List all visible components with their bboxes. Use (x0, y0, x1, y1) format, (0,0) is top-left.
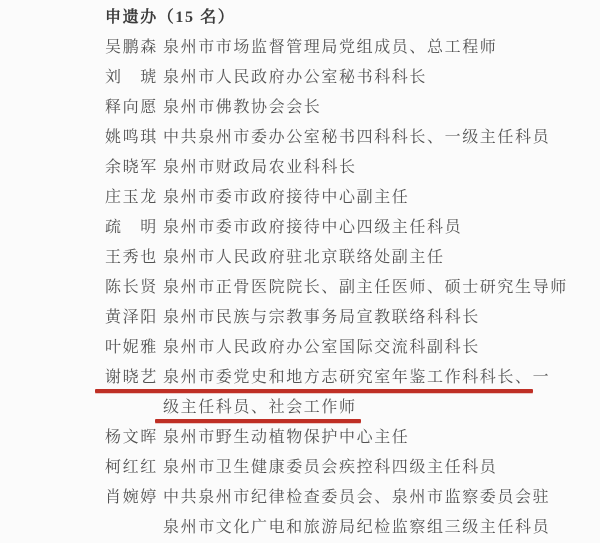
position-line: 泉州市民族与宗教事务局宣教联络科科长 (163, 303, 480, 333)
list-item: 肖婉婷中共泉州市纪律检查委员会、泉州市监察委员会驻泉州市文化广电和旅游局纪检监察… (105, 483, 560, 543)
person-position: 泉州市委党史和地方志研究室年鉴工作科科长、一级主任科员、社会工作师 (163, 363, 550, 423)
position-line: 泉州市委市政府接待中心副主任 (163, 183, 409, 213)
person-position: 泉州市人民政府办公室国际交流科副科长 (163, 333, 480, 363)
position-line: 泉州市委市政府接待中心四级主任科员 (163, 213, 462, 243)
section-title: 申遗办（15 名） (105, 3, 560, 33)
person-name: 肖婉婷 (105, 483, 161, 513)
person-name: 黄泽阳 (105, 303, 161, 333)
person-position: 中共泉州市纪律检查委员会、泉州市监察委员会驻泉州市文化广电和旅游局纪检监察组三级… (163, 483, 550, 543)
list-item: 柯红红泉州市卫生健康委员会疾控科四级主任科员 (105, 453, 560, 483)
person-name: 叶妮雅 (105, 333, 161, 363)
position-line: 泉州市正骨医院院长、副主任医师、硕士研究生导师 (163, 273, 568, 303)
list-item: 释向愿泉州市佛教协会会长 (105, 93, 560, 123)
person-position: 泉州市市场监督管理局党组成员、总工程师 (163, 33, 497, 63)
person-name: 吴鹏森 (105, 33, 161, 63)
person-position: 泉州市佛教协会会长 (163, 93, 321, 123)
person-position: 泉州市野生动植物保护中心主任 (163, 423, 409, 453)
list-item: 吴鹏森泉州市市场监督管理局党组成员、总工程师 (105, 33, 560, 63)
position-line: 泉州市文化广电和旅游局纪检监察组三级主任科员 (163, 513, 550, 543)
list-item: 王秀也泉州市人民政府驻北京联络处副主任 (105, 243, 560, 273)
highlight-underline (95, 389, 533, 393)
position-line: 泉州市野生动植物保护中心主任 (163, 423, 409, 453)
person-position: 中共泉州市委办公室秘书四科科长、一级主任科员 (163, 123, 550, 153)
position-line: 泉州市人民政府驻北京联络处副主任 (163, 243, 445, 273)
position-line: 泉州市财政局农业科科长 (163, 153, 357, 183)
list-item: 陈长贤泉州市正骨医院院长、副主任医师、硕士研究生导师 (105, 273, 560, 303)
list-item: 疏 明泉州市委市政府接待中心四级主任科员 (105, 213, 560, 243)
person-name: 柯红红 (105, 453, 161, 483)
person-name: 余晓军 (105, 153, 161, 183)
list-item: 杨文晖泉州市野生动植物保护中心主任 (105, 423, 560, 453)
person-position: 泉州市人民政府办公室秘书科科长 (163, 63, 427, 93)
list-item: 余晓军泉州市财政局农业科科长 (105, 153, 560, 183)
list-item: 姚鸣琪中共泉州市委办公室秘书四科科长、一级主任科员 (105, 123, 560, 153)
position-line: 泉州市人民政府办公室国际交流科副科长 (163, 333, 480, 363)
document-page: 申遗办（15 名） 吴鹏森泉州市市场监督管理局党组成员、总工程师刘 琥泉州市人民… (0, 0, 600, 543)
person-name: 刘 琥 (105, 63, 161, 93)
list-item: 庄玉龙泉州市委市政府接待中心副主任 (105, 183, 560, 213)
position-line: 中共泉州市纪律检查委员会、泉州市监察委员会驻 (163, 483, 550, 513)
list-item: 谢晓艺泉州市委党史和地方志研究室年鉴工作科科长、一级主任科员、社会工作师 (105, 363, 560, 423)
person-name: 陈长贤 (105, 273, 161, 303)
person-position: 泉州市委市政府接待中心副主任 (163, 183, 409, 213)
person-name: 疏 明 (105, 213, 161, 243)
person-name: 姚鸣琪 (105, 123, 161, 153)
person-name: 王秀也 (105, 243, 161, 273)
person-position: 泉州市人民政府驻北京联络处副主任 (163, 243, 445, 273)
position-line: 中共泉州市委办公室秘书四科科长、一级主任科员 (163, 123, 550, 153)
position-line: 泉州市卫生健康委员会疾控科四级主任科员 (163, 453, 497, 483)
list-item: 刘 琥泉州市人民政府办公室秘书科科长 (105, 63, 560, 93)
person-name: 庄玉龙 (105, 183, 161, 213)
person-name: 释向愿 (105, 93, 161, 123)
roster-list: 吴鹏森泉州市市场监督管理局党组成员、总工程师刘 琥泉州市人民政府办公室秘书科科长… (105, 33, 560, 543)
person-position: 泉州市民族与宗教事务局宣教联络科科长 (163, 303, 480, 333)
person-position: 泉州市委市政府接待中心四级主任科员 (163, 213, 462, 243)
person-position: 泉州市卫生健康委员会疾控科四级主任科员 (163, 453, 497, 483)
position-line: 泉州市市场监督管理局党组成员、总工程师 (163, 33, 497, 63)
position-line: 泉州市人民政府办公室秘书科科长 (163, 63, 427, 93)
list-item: 黄泽阳泉州市民族与宗教事务局宣教联络科科长 (105, 303, 560, 333)
person-position: 泉州市正骨医院院长、副主任医师、硕士研究生导师 (163, 273, 568, 303)
list-item: 叶妮雅泉州市人民政府办公室国际交流科副科长 (105, 333, 560, 363)
person-position: 泉州市财政局农业科科长 (163, 153, 357, 183)
position-line: 泉州市佛教协会会长 (163, 93, 321, 123)
person-name: 杨文晖 (105, 423, 161, 453)
